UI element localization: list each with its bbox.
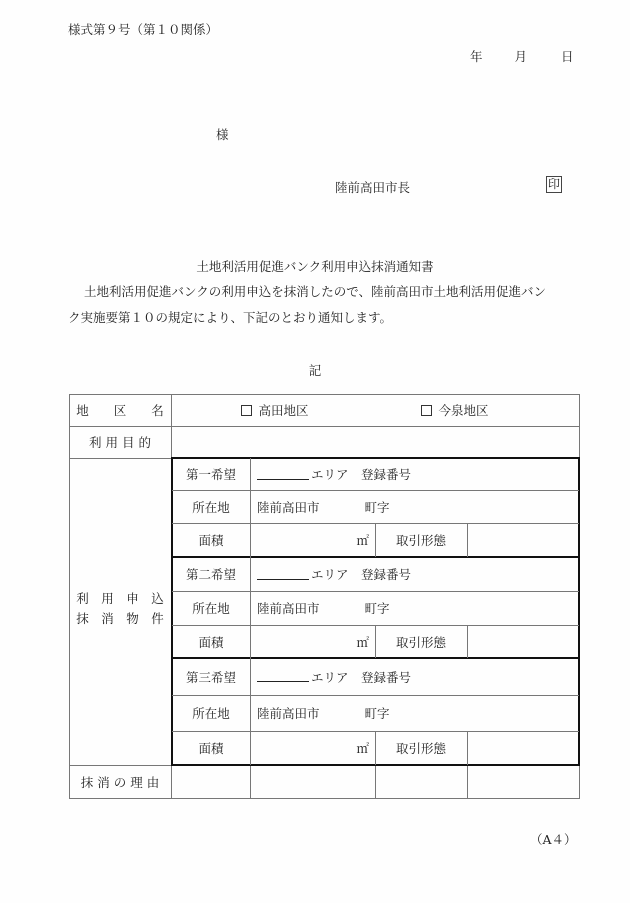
checkbox-icon[interactable] (241, 405, 252, 416)
choice-1-trade-label: 取引形態 (375, 523, 467, 557)
choice-1-label: 第一希望 (172, 458, 250, 490)
choice-2-label: 第二希望 (172, 557, 250, 591)
choice-3-label: 第三希望 (172, 658, 250, 695)
divider (579, 765, 580, 799)
issuer: 陸前高田市長 (335, 178, 410, 196)
addressee: 様 (216, 125, 229, 143)
choice-2-location-field[interactable]: 陸前高田市町字 (250, 591, 550, 625)
choice-2-size-field[interactable]: ㎡ (250, 625, 375, 658)
divider (69, 798, 580, 799)
choice-3-size-label: 面積 (172, 731, 250, 765)
body-text-line2: ク実施要第１０の規定により、下記のとおり通知します。 (68, 308, 392, 326)
date-day: 日 (561, 47, 574, 65)
choice-2-trade-field[interactable] (467, 625, 578, 658)
choice-3-area-field[interactable]: エリア 登録番号 (250, 658, 578, 695)
property-label-line2: 抹 消 物 件 (69, 608, 171, 628)
choice-3-trade-label: 取引形態 (375, 731, 467, 765)
body-text-line1: 土地利活用促進バンクの利用申込を抹消したので、陸前高田市土地利活用促進バン (84, 282, 546, 300)
date-month: 月 (515, 47, 528, 65)
choice-1-location-label: 所在地 (172, 490, 250, 523)
choice-3-location-field[interactable]: 陸前高田市町字 (250, 695, 550, 731)
district-option-takata[interactable]: 高田地区 (200, 394, 350, 426)
seal-mark: 印 (546, 176, 562, 193)
divider (69, 458, 171, 459)
property-label-line1: 利 用 申 込 (69, 588, 171, 608)
choice-1-size-field[interactable]: ㎡ (250, 523, 375, 557)
ki-heading: 記 (0, 361, 630, 379)
purpose-label: 利 用 目 的 (69, 426, 171, 458)
date-year: 年 (470, 47, 483, 65)
choice-3-trade-field[interactable] (467, 731, 578, 765)
purpose-field[interactable] (172, 426, 579, 458)
checkbox-icon[interactable] (421, 405, 432, 416)
choice-1-trade-field[interactable] (467, 523, 578, 557)
choice-1-area-field[interactable]: エリア 登録番号 (250, 458, 578, 490)
document-title: 土地利活用促進バンク利用申込抹消通知書 (0, 257, 630, 275)
choice-2-size-label: 面積 (172, 625, 250, 658)
choice-2-area-field[interactable]: エリア 登録番号 (250, 557, 578, 591)
district-option-imaizumi[interactable]: 今泉地区 (380, 394, 530, 426)
divider (578, 457, 580, 766)
choice-1-location-field[interactable]: 陸前高田市町字 (250, 490, 550, 523)
choice-1-size-label: 面積 (172, 523, 250, 557)
date-field[interactable]: 年 月 日 (470, 47, 574, 65)
district-label: 地 区 名 (69, 394, 171, 426)
reason-field[interactable] (172, 765, 579, 798)
choice-2-trade-label: 取引形態 (375, 625, 467, 658)
paper-size-note: （A４） (530, 830, 577, 848)
choice-2-location-label: 所在地 (172, 591, 250, 625)
choice-3-size-field[interactable]: ㎡ (250, 731, 375, 765)
form-number: 様式第９号（第１０関係） (68, 20, 218, 38)
divider (579, 394, 580, 458)
choice-3-location-label: 所在地 (172, 695, 250, 731)
reason-label: 抹 消 の 理 由 (69, 765, 171, 798)
